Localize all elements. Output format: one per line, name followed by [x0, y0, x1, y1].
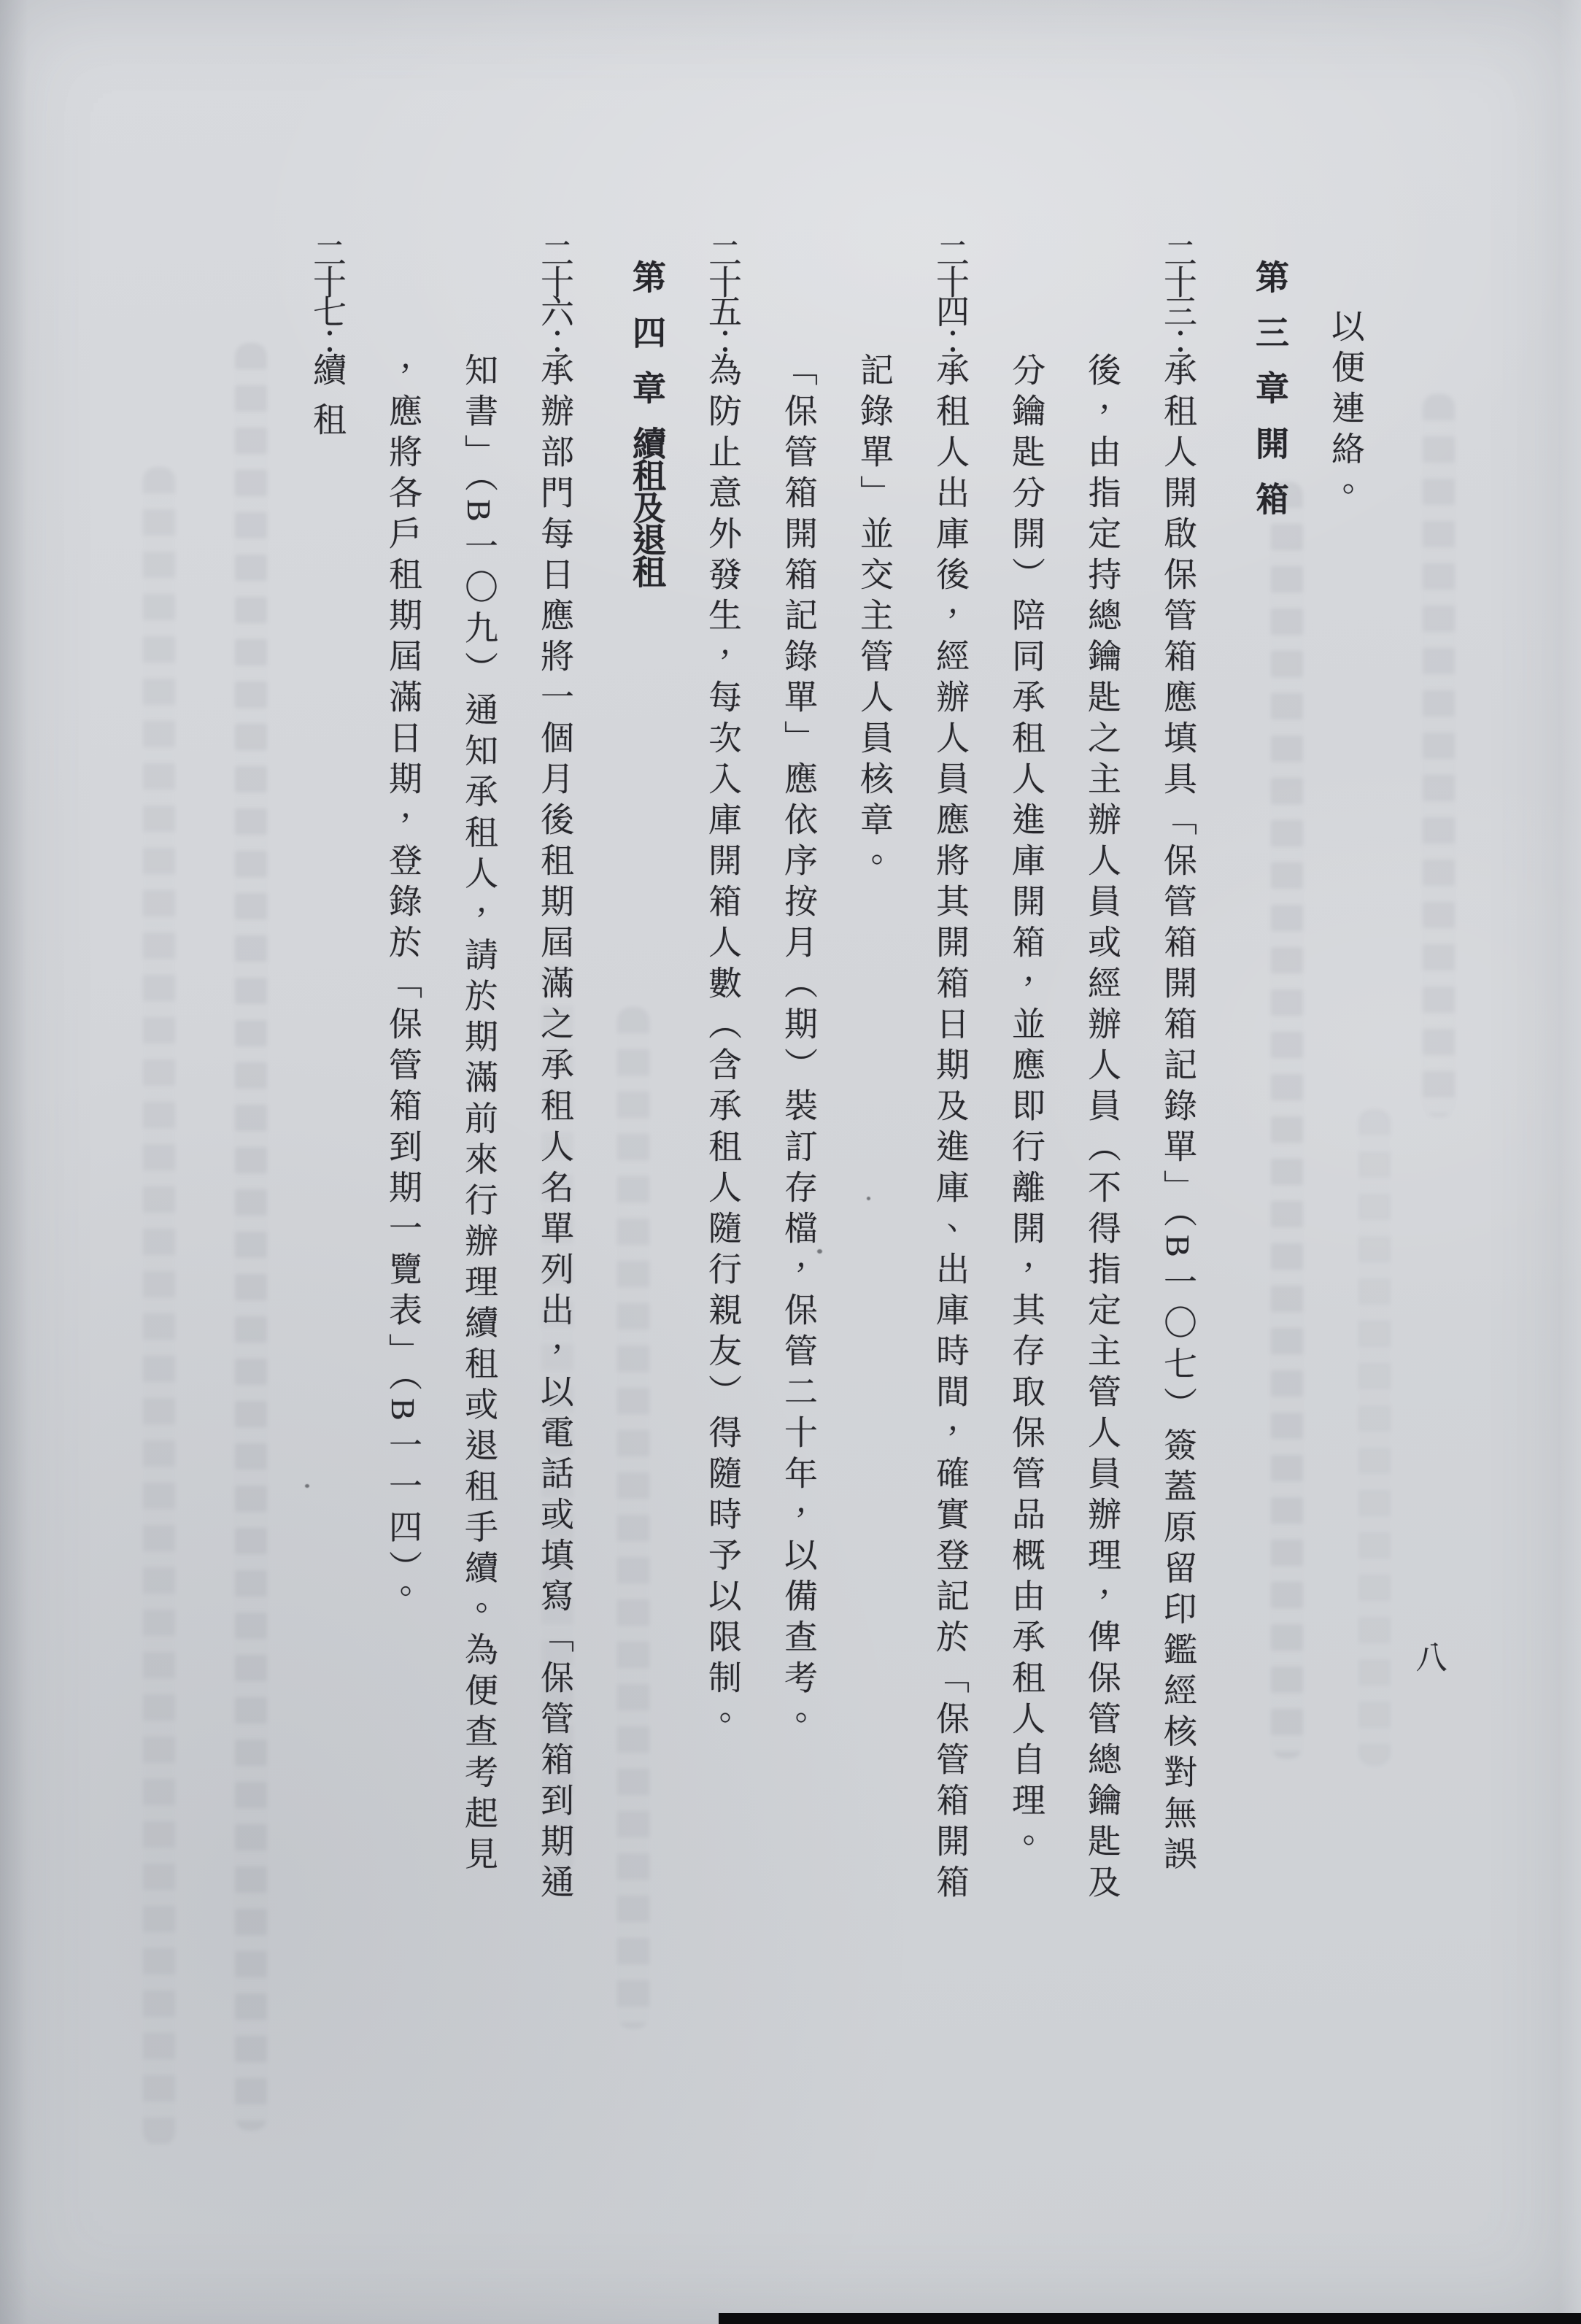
item-27-line-1: 二十七：續租 [310, 236, 344, 2206]
item-26-colon: ： [536, 323, 573, 352]
chapter-4-number: 第四章 [628, 260, 665, 426]
item-25-text-1: 為防止意外發生，每次入庫開箱人數（含承租人隨行親友）得隨時予以限制。 [704, 352, 741, 1742]
item-23-number: 二十三 [1159, 236, 1197, 323]
item-24-line-1: 二十四：承租人出庫後，經辦人員應將其開箱日期及進庫、出庫時間，確實登記於「保管箱… [933, 236, 967, 2206]
item-23-line-2: 後，由指定持總鑰匙之主辦人員或經辦人員（不得指定主管人員辦理，俾保管總鑰匙及 [1085, 352, 1118, 2206]
bleedthrough-ghost-text [1358, 1109, 1391, 1766]
item-25-colon: ： [704, 323, 741, 352]
item-23-line-1: 二十三：承租人開啟保管箱應填具「保管箱開箱記錄單」（B一〇七）簽蓋原留印鑑經核對… [1161, 236, 1194, 2206]
scanned-document-page: 以便連絡。 第三章開箱 二十三：承租人開啟保管箱應填具「保管箱開箱記錄單」（B一… [0, 0, 1581, 2324]
chapter-4-heading: 第四章續租及退租 [630, 260, 663, 2206]
chapter-3-number: 第三章 [1251, 260, 1288, 426]
page-number: 八 [1404, 1640, 1451, 1672]
carryover-paragraph-end: 以便連絡。 [1329, 309, 1362, 2206]
item-24-text-1: 承租人出庫後，經辦人員應將其開箱日期及進庫、出庫時間，確實登記於「保管箱開箱 [932, 352, 969, 1905]
item-26-line-3: ，應將各戶租期屆滿日期，登錄於「保管箱到期一覽表」（B一一四）。 [386, 352, 420, 2206]
item-23-line-3: 分鑰匙分開）陪同承租人進庫開箱，並應即行離開，其存取保管品概由承租人自理。 [1009, 352, 1043, 2206]
chapter-3-heading: 第三章開箱 [1253, 260, 1286, 2206]
bleedthrough-ghost-text [143, 467, 175, 2145]
item-27-colon: ： [309, 323, 346, 352]
scan-edge-shadow-left [0, 0, 28, 2324]
item-26-number: 二十六 [536, 236, 573, 323]
item-23-colon: ： [1159, 323, 1197, 352]
item-26-text-1: 承辦部門每日應將一個月後租期屆滿之承租人名單列出，以電話或填寫「保管箱到期通 [536, 352, 573, 1905]
item-24-colon: ： [932, 323, 969, 352]
item-27-number: 二十七 [309, 236, 346, 323]
item-23-text-1: 承租人開啟保管箱應填具「保管箱開箱記錄單」（B一〇七）簽蓋原留印鑑經核對無誤 [1159, 352, 1197, 1877]
item-27-text-1: 續租 [309, 352, 346, 452]
item-24-number: 二十四 [932, 236, 969, 323]
chapter-3-title: 開箱 [1251, 426, 1288, 537]
scan-edge-highlight-right [1559, 0, 1581, 2324]
item-25-line-1: 二十五：為防止意外發生，每次入庫開箱人數（含承租人隨行親友）得隨時予以限制。 [706, 236, 739, 2206]
item-24-line-3: 「保管箱開箱記錄單」應依序按月（期）裝訂存檔，保管二十年，以備查考。 [781, 352, 815, 2206]
item-24-line-2: 記錄單」並交主管人員核章。 [857, 352, 891, 2206]
chapter-4-title: 續租及退租 [628, 426, 665, 587]
item-26-line-1: 二十六：承辦部門每日應將一個月後租期屆滿之承租人名單列出，以電話或填寫「保管箱到… [538, 236, 571, 2206]
item-25-number: 二十五 [704, 236, 741, 323]
bleedthrough-ghost-text [235, 343, 267, 2131]
item-26-line-2: 知書」（B一〇九）通知承租人，請於期滿前來行辦理續租或退租手續。為便查考起見 [462, 352, 495, 2206]
scan-edge-black-strip [719, 2313, 1581, 2324]
bleedthrough-ghost-text [1423, 394, 1455, 1116]
document-body: 以便連絡。 第三章開箱 二十三：承租人開啟保管箱應填具「保管箱開箱記錄單」（B一… [268, 236, 1362, 2206]
